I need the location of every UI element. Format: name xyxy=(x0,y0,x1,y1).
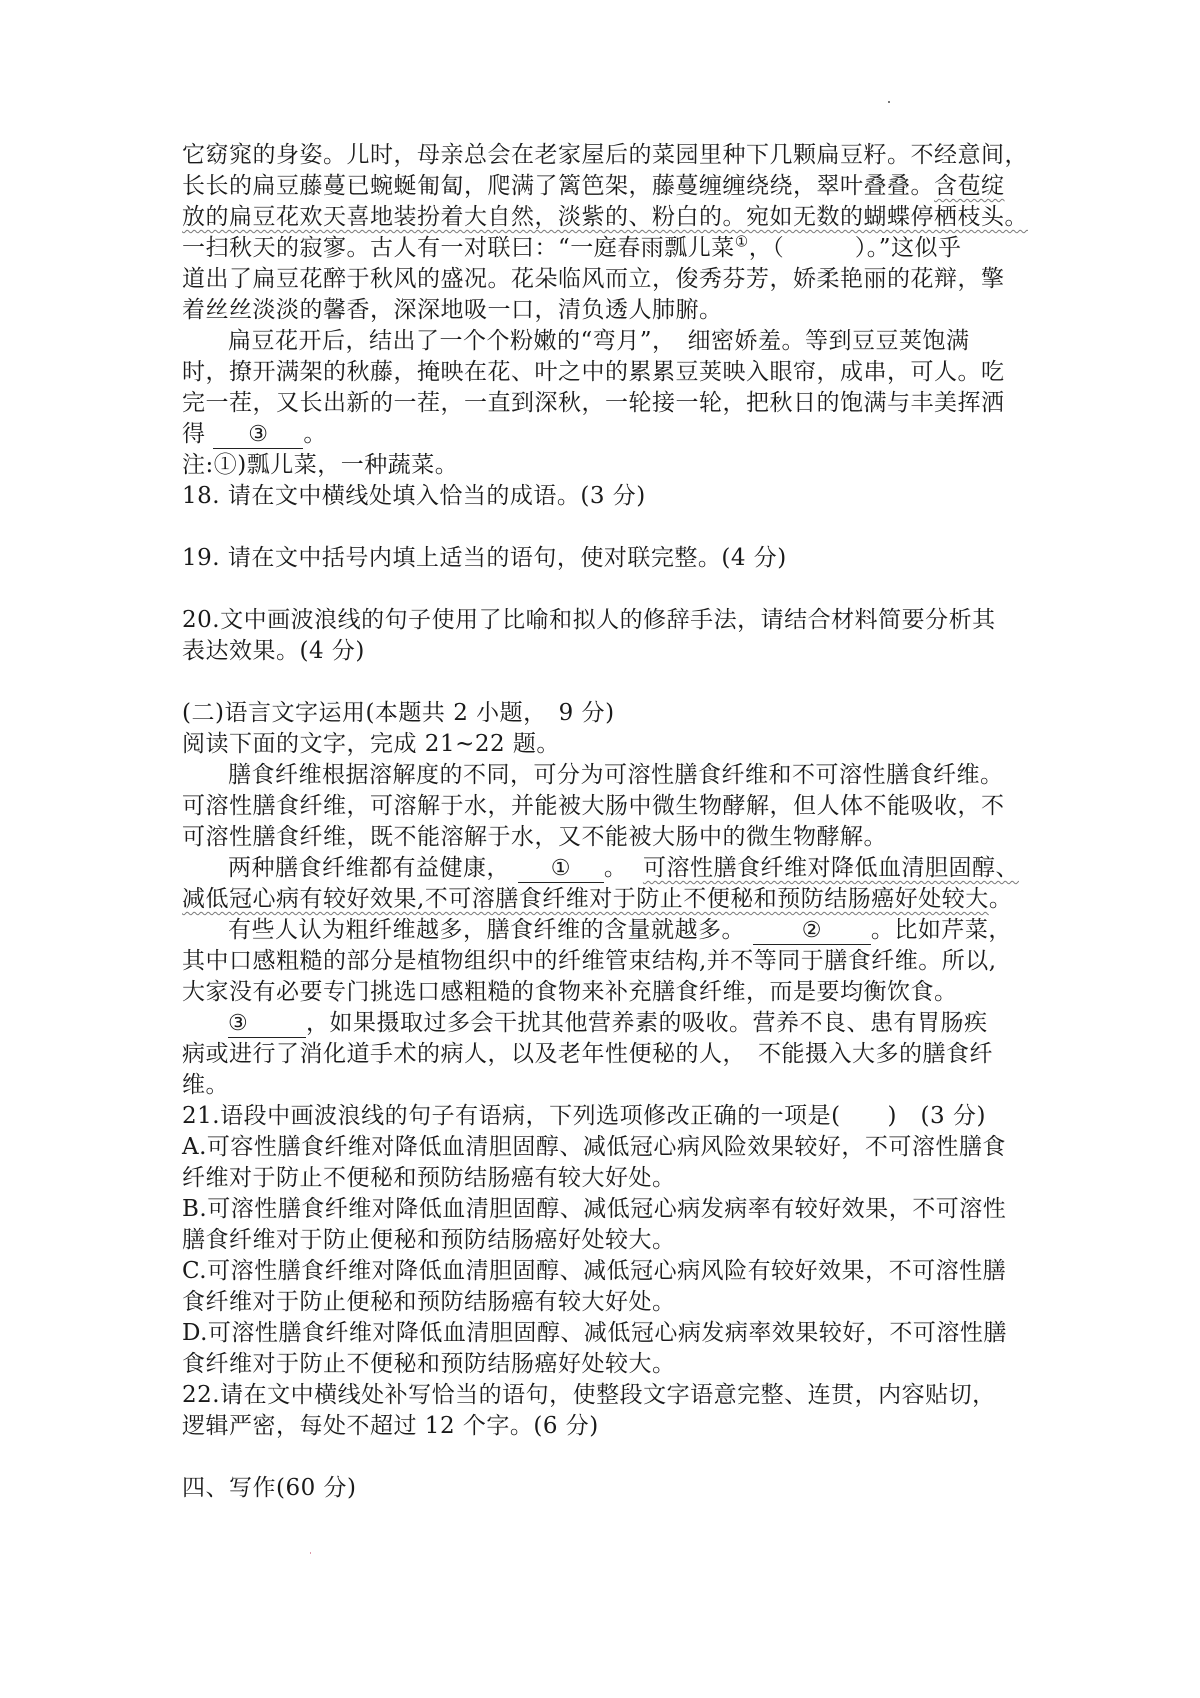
passage-text: 得 xyxy=(182,421,206,447)
question-19: 19. 请在文中括号内填上适当的语句，使对联完整。(4 分) xyxy=(182,543,1042,574)
answer-space xyxy=(182,512,1042,543)
passage-text: 。 xyxy=(303,421,327,447)
passage-text: 两种膳食纤维都有益健康， xyxy=(228,855,510,881)
passage-text: 一扫秋天的寂寥。古人有一对联曰：“一庭春雨瓢儿菜 xyxy=(182,235,735,261)
passage-line: 一扫秋天的寂寥。古人有一对联曰：“一庭春雨瓢儿菜①，（ ）。”这似乎 xyxy=(182,233,1042,264)
fill-blank-2[interactable]: ② xyxy=(753,917,871,945)
passage-line: 完一茬，又长出新的一茬，一直到深秋，一轮接一轮，把秋日的饱满与丰美挥洒 xyxy=(182,388,1042,419)
wavy-underlined-text: 放的扁豆花欢天喜地装扮着大自然，淡紫的、粉白的。宛如无数的蝴蝶停栖枝头。 xyxy=(182,204,1028,230)
couplet-blank-text: ，（ ）。”这似乎 xyxy=(749,235,962,261)
answer-space xyxy=(182,1442,1042,1473)
option-d-cont: 食纤维对于防止不便秘和预防结肠癌好处较大。 xyxy=(182,1349,1042,1380)
blank-number: ① xyxy=(551,856,571,882)
passage-line: 扁豆花开后，结出了一个个粉嫩的“弯月”， 细密娇羞。等到豆豆荚饱满 xyxy=(182,326,1042,357)
fill-blank-3b[interactable]: ③ xyxy=(228,1010,306,1038)
passage-text: 。比如芹菜， xyxy=(871,917,1012,943)
passage-line: 着丝丝淡淡的馨香，深深地吸一口，清负透人肺腑。 xyxy=(182,295,1042,326)
question-22: 22.请在文中横线处补写恰当的语句，使整段文字语意完整、连贯，内容贴切， xyxy=(182,1380,1042,1411)
passage-line: 可溶性膳食纤维，可溶解于水，并能被大肠中微生物酵解，但人体不能吸收，不 xyxy=(182,791,1042,822)
blank-number: ② xyxy=(802,918,822,944)
passage-line: 两种膳食纤维都有益健康， ①。 可溶性膳食纤维对降低血清胆固醇、 xyxy=(182,853,1042,884)
blank-number: ③ xyxy=(248,422,268,448)
passage-line: 道出了扁豆花醉于秋风的盛况。花朵临风而立，俊秀芬芳，娇柔艳丽的花辩，擎 xyxy=(182,264,1042,295)
passage-text: 长长的扁豆藤蔓已蜿蜒匍匐，爬满了篱笆架，藤蔓缠缠绕绕，翠叶叠叠。 xyxy=(182,173,934,199)
passage-line: 得 ③。 xyxy=(182,419,1042,450)
footnote: 注:①)瓢儿菜，一种蔬菜。 xyxy=(182,450,1042,481)
passage-line: 有些人认为粗纤维越多，膳食纤维的含量就越多。 ②。比如芹菜， xyxy=(182,915,1042,946)
passage-text: 有些人认为粗纤维越多，膳食纤维的含量就越多。 xyxy=(228,917,745,943)
passage-line: 它窈窕的身姿。儿时，母亲总会在老家屋后的菜园里种下几颗扁豆籽。不经意间， xyxy=(182,140,1042,171)
option-c[interactable]: C.可溶性膳食纤维对降低血清胆固醇、减低冠心病风险有较好效果，不可溶性膳 xyxy=(182,1256,1042,1287)
option-a[interactable]: A.可容性膳食纤维对降低血清胆固醇、减低冠心病风险效果较好，不可溶性膳食 xyxy=(182,1132,1042,1163)
answer-space xyxy=(182,574,1042,605)
passage-text: 。 xyxy=(604,855,628,881)
question-20-cont: 表达效果。(4 分) xyxy=(182,636,1042,667)
footnote-marker: ① xyxy=(735,232,749,250)
option-d[interactable]: D.可溶性膳食纤维对降低血清胆固醇、减低冠心病发病率效果较好，不可溶性膳 xyxy=(182,1318,1042,1349)
section-heading: (二)语言文字运用(本题共 2 小题， 9 分) xyxy=(182,698,1042,729)
passage-line: 时，撩开满架的秋藤，掩映在花、叶之中的累累豆荚映入眼帘，成串，可人。吃 xyxy=(182,357,1042,388)
fill-blank-3[interactable]: ③ xyxy=(213,421,303,449)
question-21: 21.语段中画波浪线的句子有语病，下列选项修改正确的一项是( ) (3 分) xyxy=(182,1101,1042,1132)
wavy-underlined-text: 可溶性膳食纤维对降低血清胆固醇、 xyxy=(643,855,1019,881)
option-b[interactable]: B.可溶性膳食纤维对降低血清胆固醇、减低冠心病发病率有较好效果，不可溶性 xyxy=(182,1194,1042,1225)
passage-text: ，如果摄取过多会干扰其他营养素的吸收。营养不良、患有胃肠疾 xyxy=(306,1010,988,1036)
option-b-cont: 膳食纤维对于防止便秘和预防结肠癌好处较大。 xyxy=(182,1225,1042,1256)
question-20: 20.文中画波浪线的句子使用了比喻和拟人的修辞手法，请结合材料简要分析其 xyxy=(182,605,1042,636)
question-22-cont: 逻辑严密，每处不超过 12 个字。(6 分) xyxy=(182,1411,1042,1442)
passage-line: 可溶性膳食纤维，既不能溶解于水，又不能被大肠中的微生物酵解。 xyxy=(182,822,1042,853)
section-instruction: 阅读下面的文字，完成 21~22 题。 xyxy=(182,729,1042,760)
passage-line: 维。 xyxy=(182,1070,1042,1101)
passage-line: 大家没有必要专门挑选口感粗糙的食物来补充膳食纤维，而是要均衡饮食。 xyxy=(182,977,1042,1008)
passage-line: 病或进行了消化道手术的病人，以及老年性便秘的人， 不能摄入大多的膳食纤 xyxy=(182,1039,1042,1070)
option-a-cont: 纤维对于防止不便秘和预防结肠癌有较大好处。 xyxy=(182,1163,1042,1194)
option-c-cont: 食纤维对于防止便秘和预防结肠癌有较大好处。 xyxy=(182,1287,1042,1318)
wavy-underlined-text: 减低冠心病有较好效果,不可溶膳食纤维对于防止不便秘和预防结肠癌好处较大 xyxy=(182,886,989,912)
answer-space xyxy=(182,667,1042,698)
passage-line: 其中口感粗糙的部分是植物组织中的纤维管束结构,并不等同于膳食纤维。所以, xyxy=(182,946,1042,977)
scan-artifact-dot xyxy=(888,101,890,103)
section-heading-writing: 四、写作(60 分) xyxy=(182,1473,1042,1504)
exam-page: 它窈窕的身姿。儿时，母亲总会在老家屋后的菜园里种下几颗扁豆籽。不经意间， 长长的… xyxy=(182,140,1042,1504)
blank-number: ③ xyxy=(228,1011,248,1037)
passage-line: 放的扁豆花欢天喜地装扮着大自然，淡紫的、粉白的。宛如无数的蝴蝶停栖枝头。 xyxy=(182,202,1042,233)
wavy-underlined-text: 含苞绽 xyxy=(934,173,1005,199)
passage-text: 。 xyxy=(989,886,1013,912)
scan-artifact-dot xyxy=(310,1552,311,1554)
passage-line: ③，如果摄取过多会干扰其他营养素的吸收。营养不良、患有胃肠疾 xyxy=(182,1008,1042,1039)
question-18: 18. 请在文中横线处填入恰当的成语。(3 分) xyxy=(182,481,1042,512)
passage-line: 膳食纤维根据溶解度的不同，可分为可溶性膳食纤维和不可溶性膳食纤维。 xyxy=(182,760,1042,791)
fill-blank-1[interactable]: ① xyxy=(518,855,604,883)
passage-line: 长长的扁豆藤蔓已蜿蜒匍匐，爬满了篱笆架，藤蔓缠缠绕绕，翠叶叠叠。含苞绽 xyxy=(182,171,1042,202)
passage-line: 减低冠心病有较好效果,不可溶膳食纤维对于防止不便秘和预防结肠癌好处较大。 xyxy=(182,884,1042,915)
